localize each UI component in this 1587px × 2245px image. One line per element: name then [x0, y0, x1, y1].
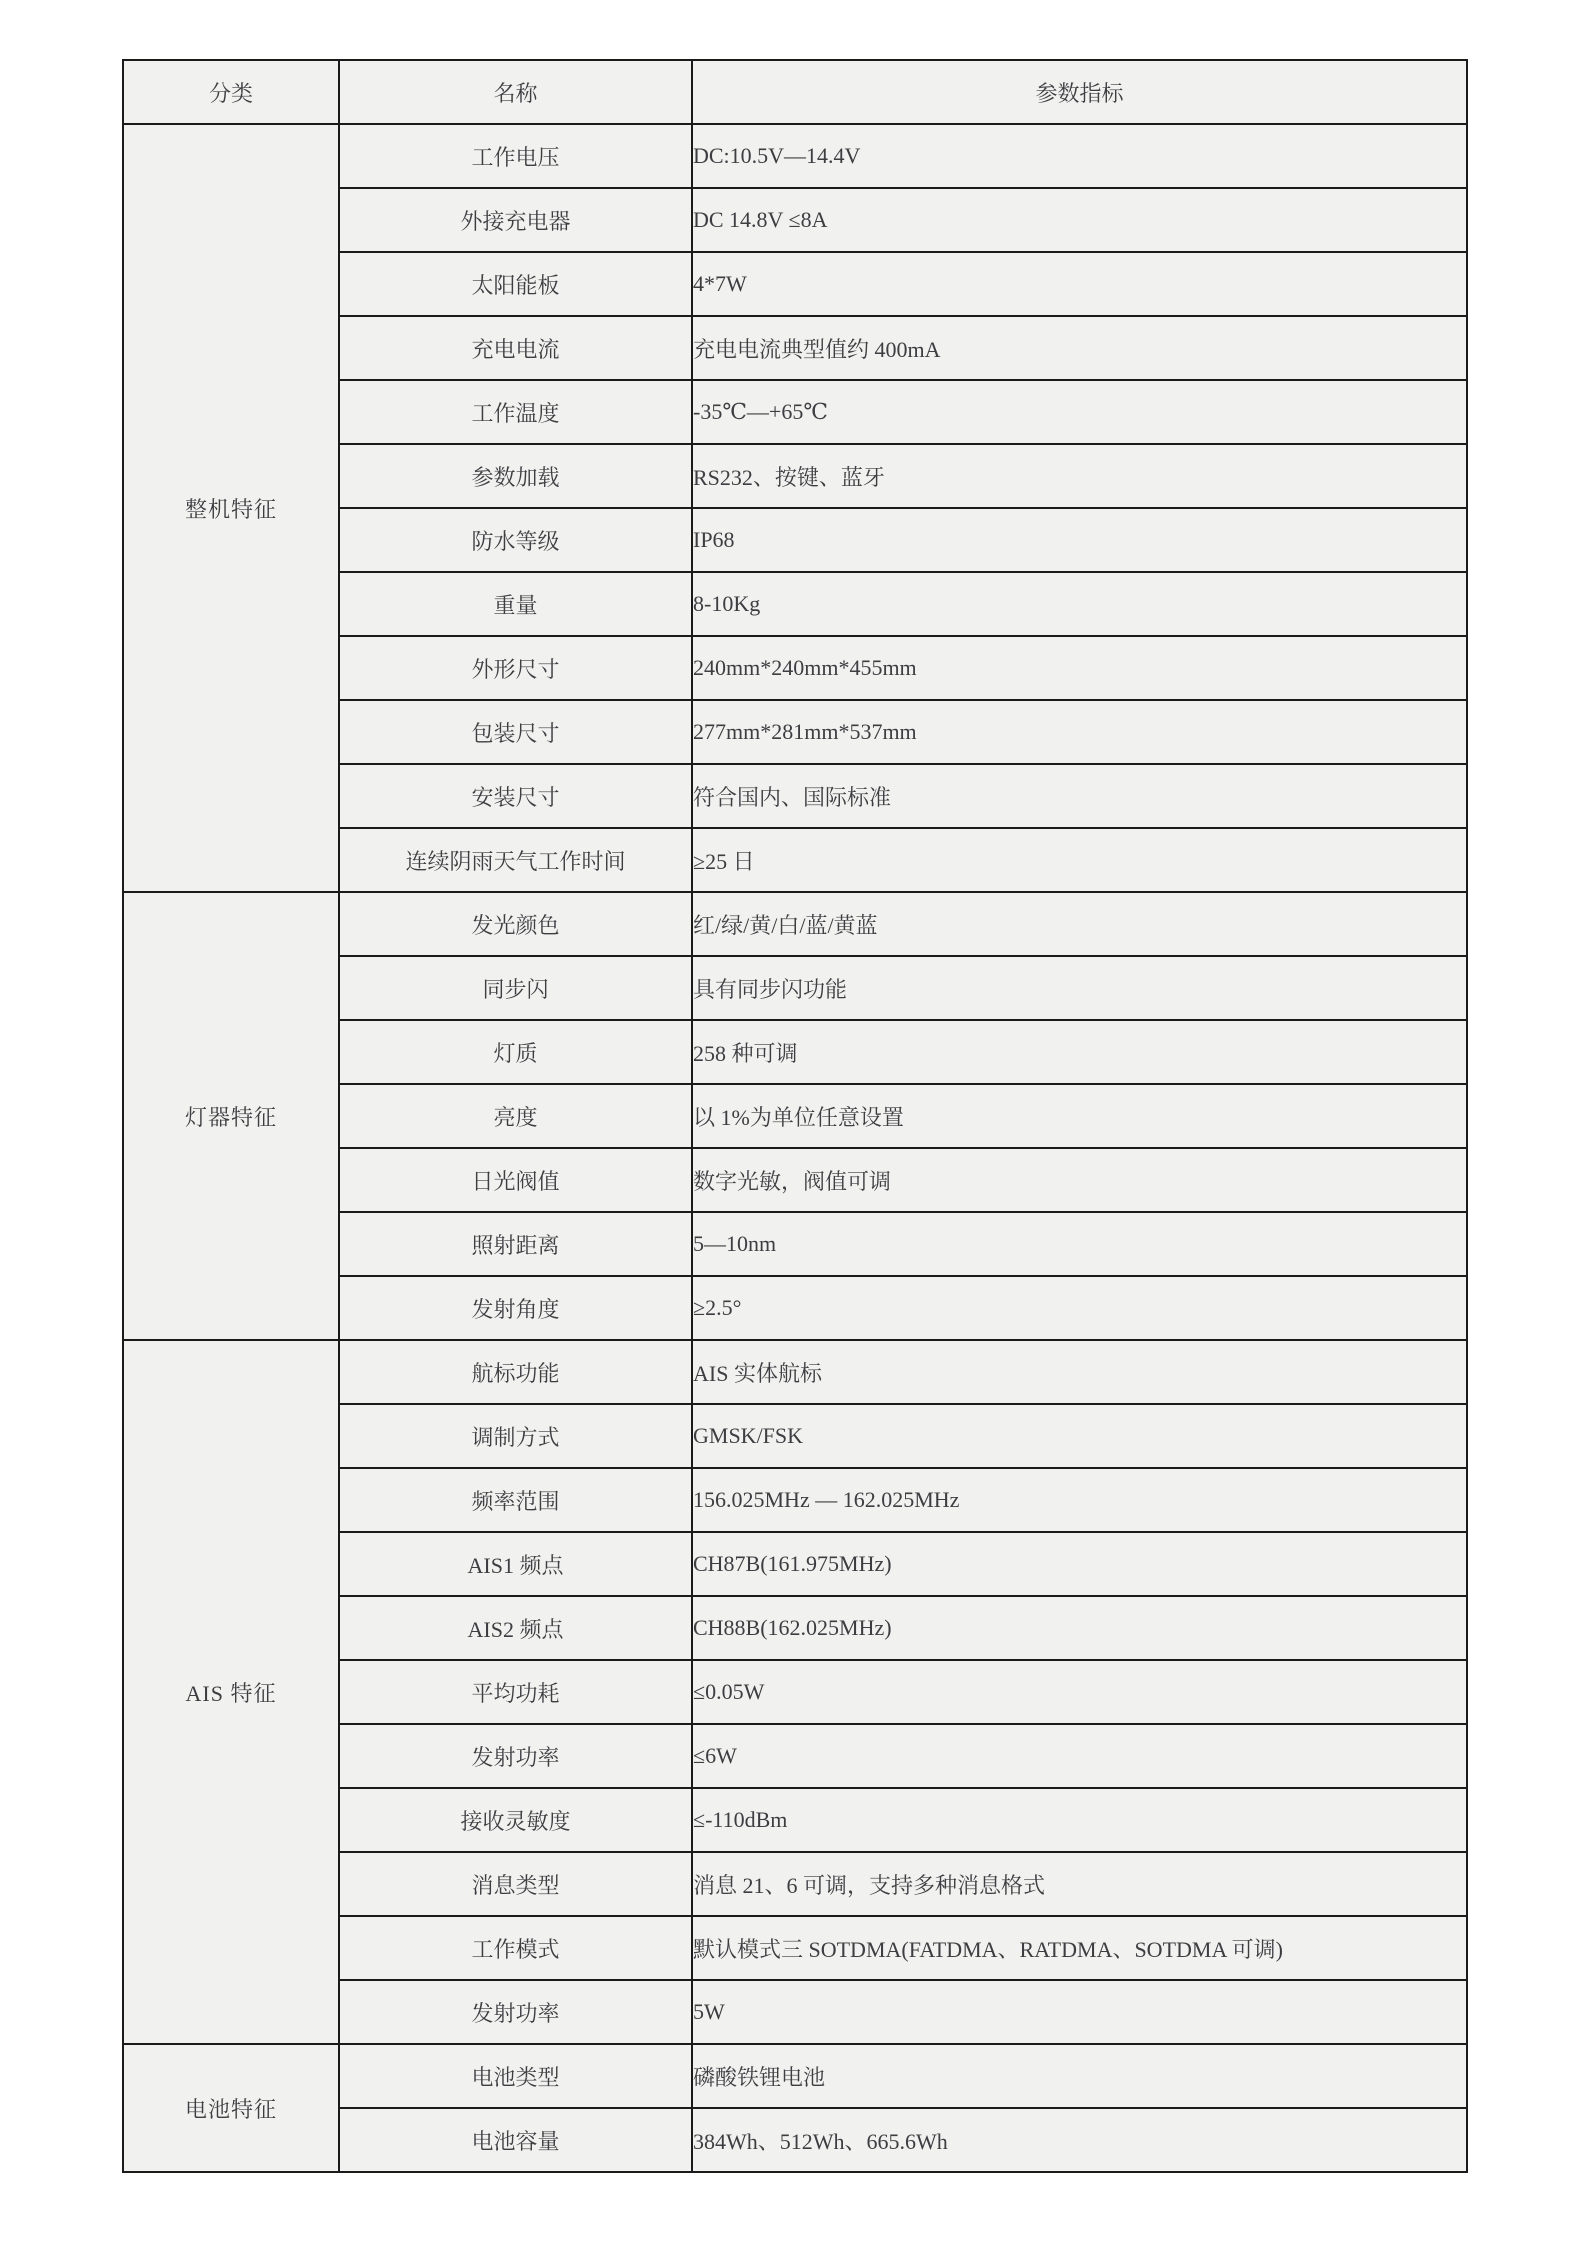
table-row: 电池特征电池类型磷酸铁锂电池	[123, 2044, 1467, 2108]
spec-name-cell: 工作模式	[339, 1916, 692, 1980]
spec-value-cell: 符合国内、国际标准	[692, 764, 1467, 828]
spec-name-cell: 外接充电器	[339, 188, 692, 252]
spec-name-cell: 工作温度	[339, 380, 692, 444]
spec-name-cell: AIS1 频点	[339, 1532, 692, 1596]
spec-value-cell: ≥2.5°	[692, 1276, 1467, 1340]
spec-value-cell: 数字光敏，阀值可调	[692, 1148, 1467, 1212]
spec-value-cell: 5—10nm	[692, 1212, 1467, 1276]
spec-name-cell: 发射角度	[339, 1276, 692, 1340]
spec-value-cell: 红/绿/黄/白/蓝/黄蓝	[692, 892, 1467, 956]
spec-name-cell: AIS2 频点	[339, 1596, 692, 1660]
category-cell: 整机特征	[123, 124, 339, 892]
category-cell: 电池特征	[123, 2044, 339, 2172]
spec-name-cell: 发射功率	[339, 1980, 692, 2044]
spec-name-cell: 防水等级	[339, 508, 692, 572]
spec-value-cell: 磷酸铁锂电池	[692, 2044, 1467, 2108]
spec-value-cell: 4*7W	[692, 252, 1467, 316]
spec-value-cell: 8-10Kg	[692, 572, 1467, 636]
spec-name-cell: 发光颜色	[339, 892, 692, 956]
spec-name-cell: 灯质	[339, 1020, 692, 1084]
spec-value-cell: AIS 实体航标	[692, 1340, 1467, 1404]
table-row: 整机特征工作电压DC:10.5V—14.4V	[123, 124, 1467, 188]
spec-name-cell: 外形尺寸	[339, 636, 692, 700]
spec-value-cell: 277mm*281mm*537mm	[692, 700, 1467, 764]
spec-name-cell: 平均功耗	[339, 1660, 692, 1724]
spec-value-cell: ≤-110dBm	[692, 1788, 1467, 1852]
spec-table-header: 分类 名称 参数指标	[123, 60, 1467, 124]
spec-name-cell: 工作电压	[339, 124, 692, 188]
spec-value-cell: 156.025MHz — 162.025MHz	[692, 1468, 1467, 1532]
spec-value-cell: 消息 21、6 可调，支持多种消息格式	[692, 1852, 1467, 1916]
spec-value-cell: 充电电流典型值约 400mA	[692, 316, 1467, 380]
spec-name-cell: 消息类型	[339, 1852, 692, 1916]
table-row: 灯器特征发光颜色红/绿/黄/白/蓝/黄蓝	[123, 892, 1467, 956]
spec-value-cell: ≤0.05W	[692, 1660, 1467, 1724]
spec-value-cell: IP68	[692, 508, 1467, 572]
spec-value-cell: 以 1%为单位任意设置	[692, 1084, 1467, 1148]
spec-value-cell: CH88B(162.025MHz)	[692, 1596, 1467, 1660]
spec-value-cell: DC 14.8V ≤8A	[692, 188, 1467, 252]
category-cell: 灯器特征	[123, 892, 339, 1340]
spec-value-cell: ≤6W	[692, 1724, 1467, 1788]
spec-name-cell: 电池容量	[339, 2108, 692, 2172]
spec-value-cell: GMSK/FSK	[692, 1404, 1467, 1468]
spec-value-cell: 258 种可调	[692, 1020, 1467, 1084]
spec-name-cell: 太阳能板	[339, 252, 692, 316]
document-page: 分类 名称 参数指标 整机特征工作电压DC:10.5V—14.4V外接充电器DC…	[0, 0, 1587, 2245]
spec-name-cell: 调制方式	[339, 1404, 692, 1468]
spec-name-cell: 连续阴雨天气工作时间	[339, 828, 692, 892]
spec-name-cell: 参数加载	[339, 444, 692, 508]
spec-value-cell: 具有同步闪功能	[692, 956, 1467, 1020]
spec-value-cell: 5W	[692, 1980, 1467, 2044]
spec-name-cell: 航标功能	[339, 1340, 692, 1404]
spec-name-cell: 同步闪	[339, 956, 692, 1020]
spec-name-cell: 接收灵敏度	[339, 1788, 692, 1852]
spec-name-cell: 亮度	[339, 1084, 692, 1148]
spec-value-cell: ≥25 日	[692, 828, 1467, 892]
spec-value-cell: DC:10.5V—14.4V	[692, 124, 1467, 188]
spec-name-cell: 包装尺寸	[339, 700, 692, 764]
spec-table: 分类 名称 参数指标 整机特征工作电压DC:10.5V—14.4V外接充电器DC…	[122, 59, 1468, 2173]
col-header-parameter: 参数指标	[692, 60, 1467, 124]
spec-name-cell: 发射功率	[339, 1724, 692, 1788]
col-header-category: 分类	[123, 60, 339, 124]
spec-value-cell: -35℃—+65℃	[692, 380, 1467, 444]
spec-value-cell: CH87B(161.975MHz)	[692, 1532, 1467, 1596]
spec-value-cell: 240mm*240mm*455mm	[692, 636, 1467, 700]
spec-name-cell: 照射距离	[339, 1212, 692, 1276]
spec-name-cell: 充电电流	[339, 316, 692, 380]
spec-name-cell: 重量	[339, 572, 692, 636]
spec-value-cell: 384Wh、512Wh、665.6Wh	[692, 2108, 1467, 2172]
spec-name-cell: 频率范围	[339, 1468, 692, 1532]
spec-value-cell: 默认模式三 SOTDMA(FATDMA、RATDMA、SOTDMA 可调)	[692, 1916, 1467, 1980]
spec-name-cell: 电池类型	[339, 2044, 692, 2108]
spec-name-cell: 安装尺寸	[339, 764, 692, 828]
table-row: AIS 特征航标功能AIS 实体航标	[123, 1340, 1467, 1404]
spec-value-cell: RS232、按键、蓝牙	[692, 444, 1467, 508]
col-header-name: 名称	[339, 60, 692, 124]
spec-name-cell: 日光阀值	[339, 1148, 692, 1212]
category-cell: AIS 特征	[123, 1340, 339, 2044]
spec-table-body: 整机特征工作电压DC:10.5V—14.4V外接充电器DC 14.8V ≤8A太…	[123, 124, 1467, 2172]
header-row: 分类 名称 参数指标	[123, 60, 1467, 124]
